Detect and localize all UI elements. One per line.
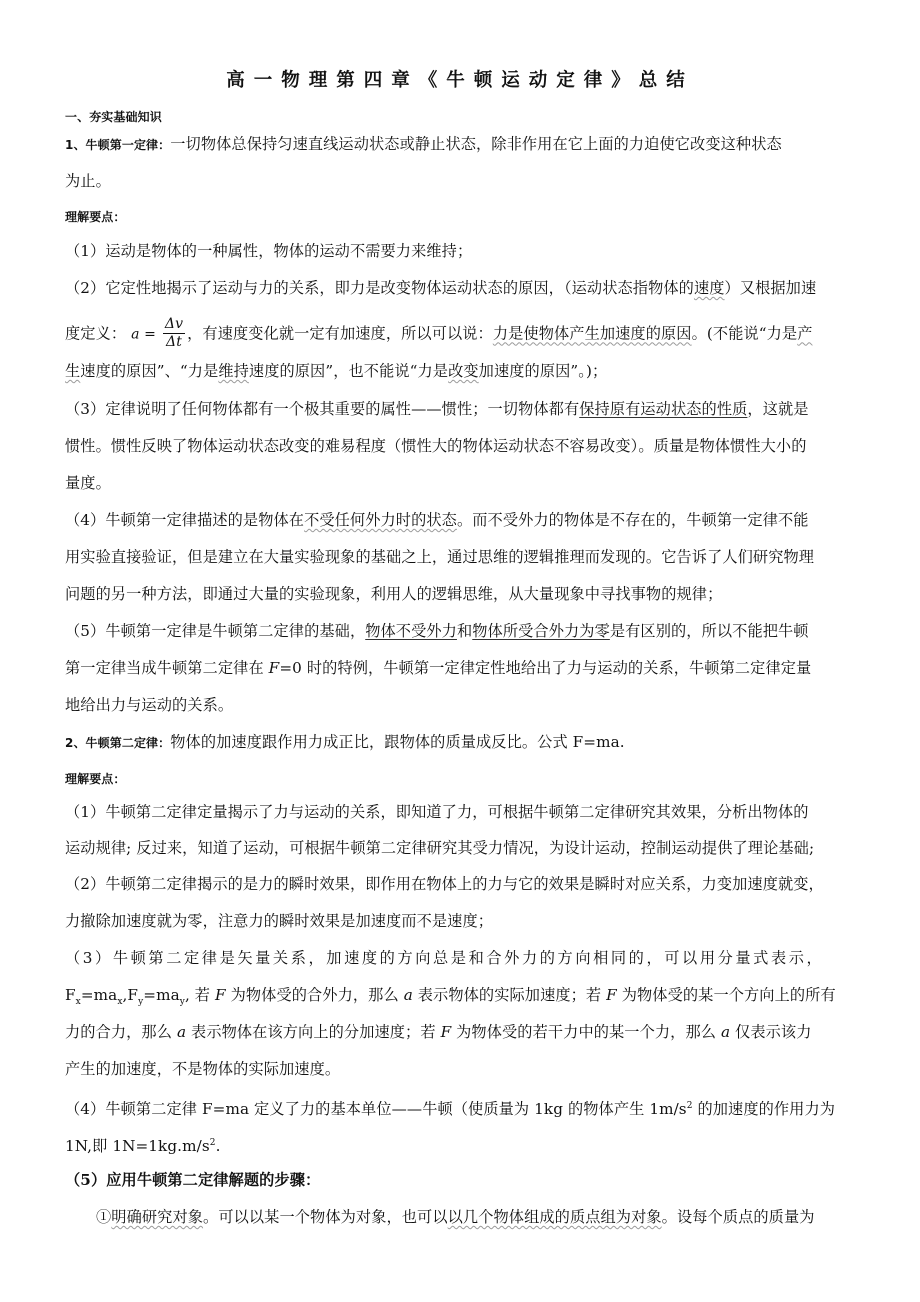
law1-point5-line2: 第一定律当成牛顿第二定律在 F=0 时的特例，牛顿第一定律定性地给出了力与运动的…	[65, 658, 811, 678]
law1-statement-line1: 1、牛顿第一定律：一切物体总保持匀速直线运动状态或静止状态，除非作用在它上面的力…	[65, 134, 782, 155]
underlined-term: 以几个物体组成的质点组为对象	[448, 1208, 662, 1226]
text: =0 时的特例，牛顿第一定律定性地给出了力与运动的关系，牛顿第二定律定量	[279, 659, 811, 677]
text: 。可以以某一个物体为对象，也可以	[203, 1208, 448, 1226]
text: , 若	[185, 986, 215, 1004]
formula-lhs: a =	[131, 327, 156, 343]
law2-text: 物体的加速度跟作用力成正比，跟物体的质量成反比。公式 F=ma.	[170, 733, 624, 751]
law1-point4-line3: 问题的另一种方法，即通过大量的实验现象，利用人的逻辑思维，从大量现象中寻找事物的…	[65, 584, 722, 604]
acceleration-formula: Δv Δt	[163, 316, 185, 351]
law1-point1: （1）运动是物体的一种属性，物体的运动不需要力来维持；	[65, 241, 472, 261]
step-marker: ①	[96, 1208, 111, 1226]
text: 度定义：	[65, 325, 126, 343]
text: 是有区别的，所以不能把牛顿	[610, 622, 809, 640]
variable-a: a	[177, 1023, 186, 1041]
law2-point5-heading: （5）应用牛顿第二定律解题的步骤：	[65, 1170, 320, 1190]
text: 。(不能说“力是	[692, 325, 798, 343]
underlined-term: 产	[797, 325, 812, 343]
variable-a: a	[404, 986, 413, 1004]
variable-a: a	[721, 1023, 730, 1041]
underlined-term: 物体所受合外力为零	[472, 622, 610, 640]
text: （3）定律说明了任何物体都有一个极其重要的属性——惯性；一切物体都有	[65, 400, 579, 418]
law1-point2-line2: 度定义： a = Δv Δt ，有速度变化就一定有加速度，所以可以说：力是使物体…	[65, 317, 813, 352]
text: 仅表示该力	[730, 1023, 811, 1041]
document-page: 高一物理第四章《牛顿运动定律》总结 一、夯实基础知识 1、牛顿第一定律：一切物体…	[0, 0, 920, 1302]
variable-F: F	[441, 1023, 452, 1041]
law2-point3-line4: 产生的加速度，不是物体的实际加速度。	[65, 1059, 340, 1079]
law2-point1-line1: （1）牛顿第二定律定量揭示了力与运动的关系，即知道了力，可根据牛顿第二定律研究其…	[65, 802, 809, 822]
text: 第一定律当成牛顿第二定律在	[65, 659, 269, 677]
text: ）又根据加速	[725, 279, 817, 297]
text: 1N,即 1N=1kg.m/s	[65, 1137, 210, 1155]
text: =ma	[81, 986, 117, 1004]
law2-point3-line3: 力的合力，那么 a 表示物体在该方向上的分加速度；若 F 为物体受的若干力中的某…	[65, 1022, 812, 1042]
underlined-term: 物体不受外力	[365, 622, 457, 640]
text: 表示物体的实际加速度；若	[413, 986, 606, 1004]
law2-label: 2、牛顿第二定律：	[65, 736, 170, 750]
underlined-term: 力是使物体产生加速度的原因	[493, 325, 692, 343]
law1-point4-line1: （4）牛顿第一定律描述的是物体在不受任何外力时的状态。而不受外力的物体是不存在的…	[65, 510, 809, 530]
underlined-term: 维持	[218, 362, 249, 380]
text: .	[216, 1137, 221, 1155]
law2-points-label: 理解要点：	[65, 769, 126, 789]
underlined-term: 改变	[448, 362, 479, 380]
law2-point2-line1: （2）牛顿第二定律揭示的是力的瞬时效果，即作用在物体上的力与它的效果是瞬时对应关…	[65, 874, 824, 894]
law2-point4-line2: 1N,即 1N=1kg.m/s2.	[65, 1133, 221, 1156]
underlined-term: 保持原有运动状态的性质	[579, 400, 747, 418]
text: 为物体受的若干力中的某一个力，那么	[451, 1023, 721, 1041]
law1-points-label: 理解要点：	[65, 207, 126, 227]
text: 。而不受外力的物体是不存在的，牛顿第一定律不能	[457, 511, 809, 529]
text: 和	[457, 622, 472, 640]
text: 为物体受的某一个方向上的所有	[617, 986, 836, 1004]
law1-point2-line3: 生速度的原因”、“力是维持速度的原因”，也不能说“力是改变加速度的原因”。)；	[65, 361, 607, 381]
formula-numerator: Δv	[163, 316, 185, 334]
text: 。设每个质点的质量为	[662, 1208, 815, 1226]
formula-denominator: Δt	[163, 334, 185, 351]
variable-F: F	[215, 986, 226, 1004]
text: 为物体受的合外力，那么	[226, 986, 404, 1004]
section-heading: 一、夯实基础知识	[65, 107, 162, 127]
law1-point3-line2: 惯性。惯性反映了物体运动状态改变的难易程度（惯性大的物体运动状态不容易改变）。质…	[65, 436, 807, 456]
law2-point3-line2: Fx=max,Fy=may, 若 F 为物体受的合外力，那么 a 表示物体的实际…	[65, 985, 836, 1012]
law2-statement: 2、牛顿第二定律：物体的加速度跟作用力成正比，跟物体的质量成反比。公式 F=ma…	[65, 732, 625, 753]
law1-point3-line3: 量度。	[65, 473, 111, 493]
text: 速度的原因”、“力是	[80, 362, 218, 380]
underlined-term: 速度	[694, 279, 725, 297]
text: 速度的原因”，也不能说“力是	[249, 362, 448, 380]
variable-F: F	[269, 659, 280, 677]
law1-text: 一切物体总保持匀速直线运动状态或静止状态，除非作用在它上面的力迫使它改变这种状态	[170, 135, 782, 153]
text: （5）牛顿第一定律是牛顿第二定律的基础，	[65, 622, 365, 640]
variable-F: F	[606, 986, 617, 1004]
law2-point1-line2: 运动规律; 反过来，知道了运动，可根据牛顿第二定律研究其受力情况，为设计运动，控…	[65, 838, 814, 858]
text: ,F	[123, 986, 139, 1004]
underlined-term: 生	[65, 362, 80, 380]
page-title: 高一物理第四章《牛顿运动定律》总结	[0, 66, 920, 92]
text: ，有速度变化就一定有加速度，所以可以说：	[187, 325, 493, 343]
law1-point3-line1: （3）定律说明了任何物体都有一个极其重要的属性——惯性；一切物体都有保持原有运动…	[65, 399, 809, 419]
law2-step1: ①明确研究对象。可以以某一个物体为对象，也可以以几个物体组成的质点组为对象。设每…	[96, 1207, 815, 1227]
text: ，这就是	[747, 400, 808, 418]
law1-statement-line2: 为止。	[65, 171, 111, 191]
text: F	[65, 986, 76, 1004]
law2-point3-line1: （3）牛顿第二定律是矢量关系，加速度的方向总是和合外力的方向相同的，可以用分量式…	[65, 948, 824, 968]
text: 表示物体在该方向上的分加速度；若	[186, 1023, 440, 1041]
text: （4）牛顿第一定律描述的是物体在	[65, 511, 304, 529]
text: =ma	[143, 986, 179, 1004]
law1-point5-line1: （5）牛顿第一定律是牛顿第二定律的基础，物体不受外力和物体所受合外力为零是有区别…	[65, 621, 809, 641]
text: （4）牛顿第二定律 F=ma 定义了力的基本单位——牛顿（使质量为 1kg 的物…	[65, 1100, 687, 1118]
law2-point4-line1: （4）牛顿第二定律 F=ma 定义了力的基本单位——牛顿（使质量为 1kg 的物…	[65, 1096, 835, 1119]
law1-point5-line3: 地给出力与运动的关系。	[65, 695, 233, 715]
text: 的加速度的作用力为	[693, 1100, 836, 1118]
text: 加速度的原因”。)；	[479, 362, 608, 380]
underlined-term: 不受任何外力时的状态	[304, 511, 457, 529]
text: 力的合力，那么	[65, 1023, 177, 1041]
law1-point4-line2: 用实验直接验证，但是建立在大量实验现象的基础之上，通过思维的逻辑推理而发现的。它…	[65, 547, 814, 567]
law2-point2-line2: 力撤除加速度就为零，注意力的瞬时效果是加速度而不是速度；	[65, 911, 493, 931]
underlined-term: 明确研究对象	[111, 1208, 203, 1226]
law1-label: 1、牛顿第一定律：	[65, 138, 170, 152]
law1-point2-line1: （2）它定性地揭示了运动与力的关系，即力是改变物体运动状态的原因，（运动状态指物…	[65, 278, 816, 298]
text: （2）它定性地揭示了运动与力的关系，即力是改变物体运动状态的原因，（运动状态指物…	[65, 279, 694, 297]
